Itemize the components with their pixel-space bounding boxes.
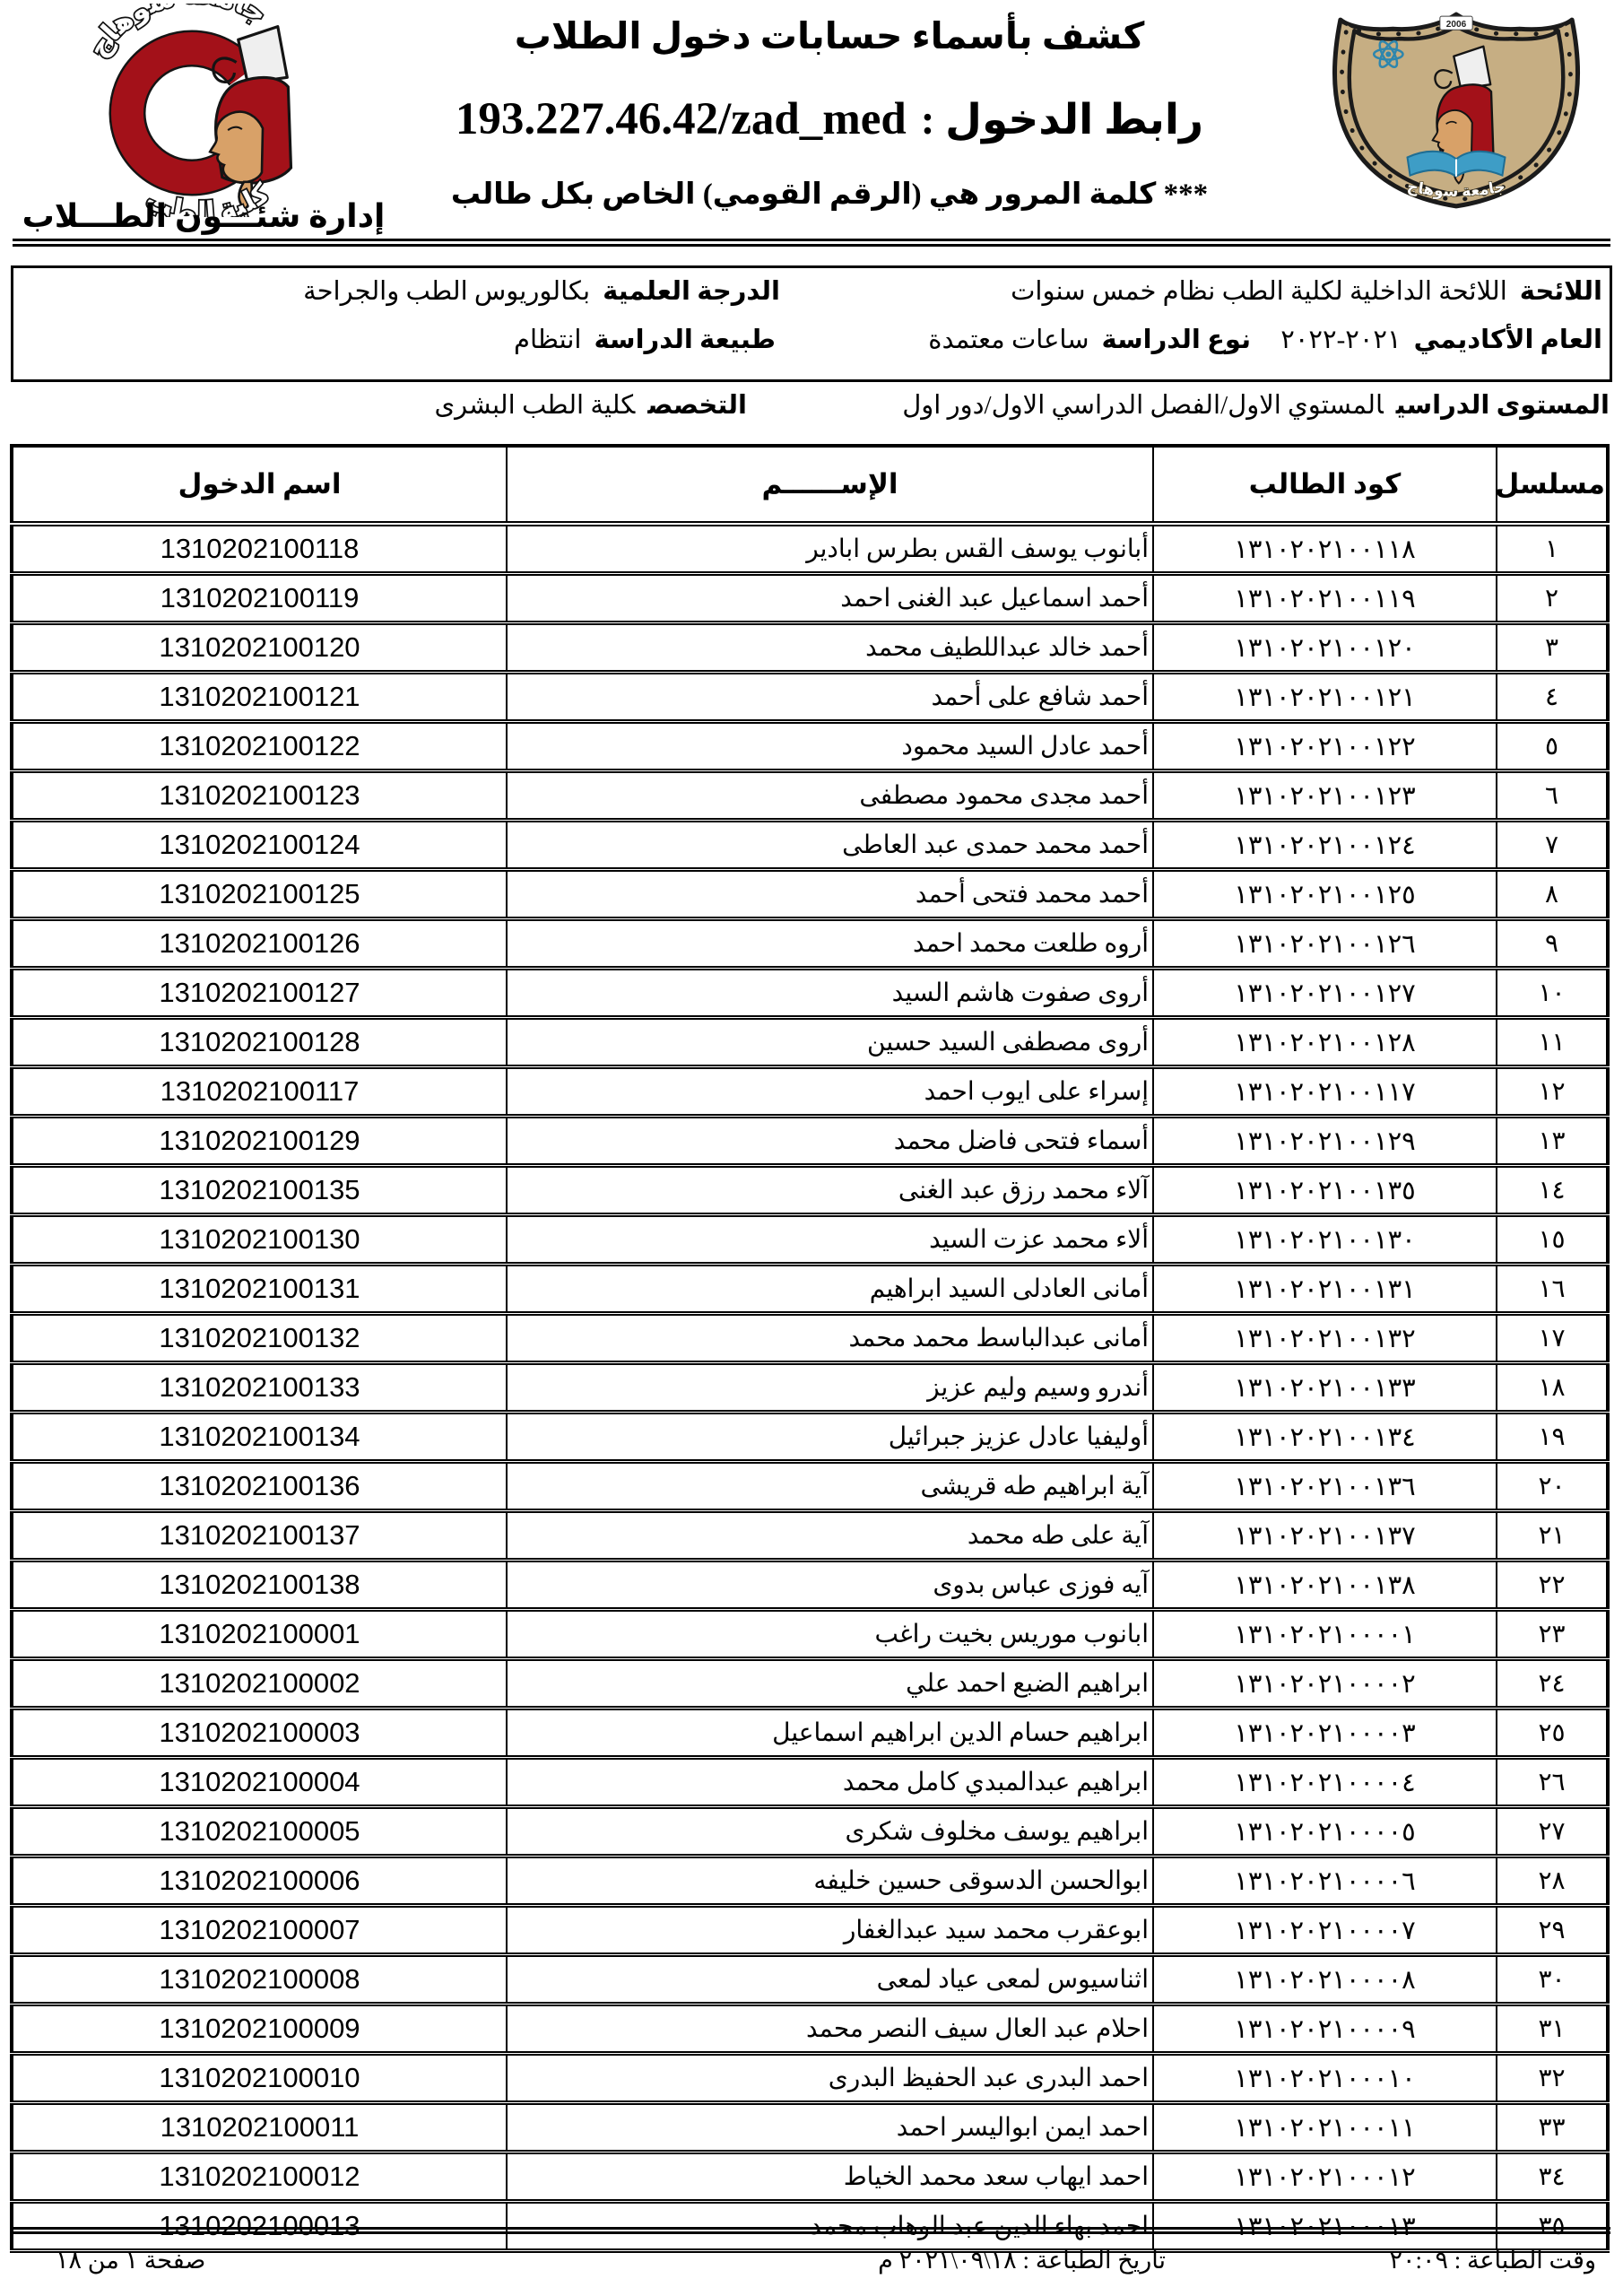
student-code-cell: ١٣١٠٢٠٢١٠٠٠٠٧ <box>1153 1906 1497 1955</box>
student-row: ١٦ ١٣١٠٢٠٢١٠٠١٣١ أمانى العادلى السيد ابر… <box>12 1265 1608 1314</box>
student-code-cell: ١٣١٠٢٠٢١٠٠٠٠٨ <box>1153 1955 1497 2005</box>
student-code-cell: ١٣١٠٢٠٢١٠٠١٣٧ <box>1153 1511 1497 1561</box>
student-code-cell: ١٣١٠٢٠٢١٠٠١٣٠ <box>1153 1215 1497 1265</box>
student-code-cell: ١٣١٠٢٠٢١٠٠١٢٤ <box>1153 821 1497 870</box>
student-code-cell: ١٣١٠٢٠٢١٠٠١٢٦ <box>1153 919 1497 969</box>
student-name-cell: احمد ايمن ابواليسر احمد <box>507 2103 1153 2152</box>
study-nature-value: انتظام <box>514 326 581 354</box>
student-row: ١٥ ١٣١٠٢٠٢١٠٠١٣٠ ألاء محمد عزت السيد 131… <box>12 1215 1608 1265</box>
col-header-serial: مسلسل <box>1497 446 1608 524</box>
student-name-cell: أحمد محمد فتحى أحمد <box>507 870 1153 919</box>
student-code-cell: ١٣١٠٢٠٢١٠٠١١٨ <box>1153 524 1497 574</box>
serial-cell: ١٤ <box>1497 1166 1608 1215</box>
svg-text:SOHAG: SOHAG <box>1298 7 1307 10</box>
serial-cell: ٢٤ <box>1497 1659 1608 1709</box>
student-code-cell: ١٣١٠٢٠٢١٠٠١٢٥ <box>1153 870 1497 919</box>
student-code-cell: ١٣١٠٢٠٢١٠٠١٣٦ <box>1153 1462 1497 1511</box>
student-name-cell: أبانوب يوسف القس بطرس ابادير <box>507 524 1153 574</box>
login-name-cell: 1310202100128 <box>12 1018 507 1067</box>
login-name-cell: 1310202100010 <box>12 2054 507 2103</box>
student-code-cell: ١٣١٠٢٠٢١٠٠١٢٠ <box>1153 623 1497 673</box>
student-row: ١٣ ١٣١٠٢٠٢١٠٠١٢٩ أسماء فتحى فاضل محمد 13… <box>12 1117 1608 1166</box>
major-field: التخصصكلية الطب البشرى <box>434 389 747 421</box>
study-level-value: المستوي الاول/الفصل الدراسي الاول/دور او… <box>902 391 1384 420</box>
student-name-cell: ألاء محمد عزت السيد <box>507 1215 1153 1265</box>
student-name-cell: أروى صفوت هاشم السيد <box>507 969 1153 1018</box>
student-row: ٣١ ١٣١٠٢٠٢١٠٠٠٠٩ احلام عبد العال سيف الن… <box>12 2005 1608 2054</box>
serial-cell: ١٦ <box>1497 1265 1608 1314</box>
student-name-cell: أمانى العادلى السيد ابراهيم <box>507 1265 1153 1314</box>
student-row: ٢٣ ١٣١٠٢٠٢١٠٠٠٠١ ابانوب موريس بخيت راغب … <box>12 1610 1608 1659</box>
major-value: كلية الطب البشرى <box>434 391 635 420</box>
student-code-cell: ١٣١٠٢٠٢١٠٠١٢٣ <box>1153 771 1497 821</box>
login-name-cell: 1310202100132 <box>12 1314 507 1363</box>
student-row: ٤ ١٣١٠٢٠٢١٠٠١٢١ أحمد شافع على أحمد 13102… <box>12 673 1608 722</box>
student-row: ٨ ١٣١٠٢٠٢١٠٠١٢٥ أحمد محمد فتحى أحمد 1310… <box>12 870 1608 919</box>
serial-cell: ٣٤ <box>1497 2152 1608 2202</box>
serial-cell: ٢٠ <box>1497 1462 1608 1511</box>
student-name-cell: أحمد خالد عبداللطيف محمد <box>507 623 1153 673</box>
student-code-cell: ١٣١٠٢٠٢١٠٠٠٠٤ <box>1153 1758 1497 1807</box>
major-label: التخصص <box>647 391 747 420</box>
regulation-field: اللائحةاللائحة الداخلية لكلية الطب نظام … <box>1011 275 1602 307</box>
sohag-university-logo: SOHAG UNIVERSITY 2006 جامعة سوهاج <box>1298 7 1614 215</box>
student-row: ٩ ١٣١٠٢٠٢١٠٠١٢٦ أروه طلعت محمد احمد 1310… <box>12 919 1608 969</box>
serial-cell: ٢٩ <box>1497 1906 1608 1955</box>
header-divider <box>13 239 1610 247</box>
degree-value: بكالوريوس الطب والجراحة <box>303 277 590 306</box>
student-name-cell: احلام عبد العال سيف النصر محمد <box>507 2005 1153 2054</box>
serial-cell: ١٩ <box>1497 1413 1608 1462</box>
student-code-cell: ١٣١٠٢٠٢١٠٠٠٠٦ <box>1153 1857 1497 1906</box>
student-code-cell: ١٣١٠٢٠٢١٠٠١٣١ <box>1153 1265 1497 1314</box>
student-row: ١٠ ١٣١٠٢٠٢١٠٠١٢٧ أروى صفوت هاشم السيد 13… <box>12 969 1608 1018</box>
student-code-cell: ١٣١٠٢٠٢١٠٠١٢١ <box>1153 673 1497 722</box>
serial-cell: ٢٥ <box>1497 1709 1608 1758</box>
student-code-cell: ١٣١٠٢٠٢١٠٠١١٩ <box>1153 574 1497 623</box>
col-header-student-code: كود الطالب <box>1153 446 1497 524</box>
login-name-cell: 1310202100134 <box>12 1413 507 1462</box>
study-level-label: المستوى الدراسي <box>1396 391 1610 420</box>
serial-cell: ١٠ <box>1497 969 1608 1018</box>
student-code-cell: ١٣١٠٢٠٢١٠٠١٣٣ <box>1153 1363 1497 1413</box>
student-row: ٧ ١٣١٠٢٠٢١٠٠١٢٤ أحمد محمد حمدى عبد العاط… <box>12 821 1608 870</box>
print-time: وقت الطباعة : ٢٠:٠٩ <box>1389 2247 1596 2274</box>
student-code-cell: ١٣١٠٢٠٢١٠٠١٢٢ <box>1153 722 1497 771</box>
serial-cell: ٢٣ <box>1497 1610 1608 1659</box>
serial-cell: ٣٥ <box>1497 2202 1608 2251</box>
student-row: ٢٦ ١٣١٠٢٠٢١٠٠٠٠٤ ابراهيم عبدالمبدي كامل … <box>12 1758 1608 1807</box>
login-link-line: رابط الدخول :193.227.46.42/zad_med <box>377 93 1282 145</box>
student-name-cell: آيه فوزى عباس بدوى <box>507 1561 1153 1610</box>
login-name-cell: 1310202100124 <box>12 821 507 870</box>
login-name-cell: 1310202100009 <box>12 2005 507 2054</box>
student-name-cell: ابراهيم عبدالمبدي كامل محمد <box>507 1758 1153 1807</box>
student-code-cell: ١٣١٠٢٠٢١٠٠١٢٨ <box>1153 1018 1497 1067</box>
login-name-cell: 1310202100135 <box>12 1166 507 1215</box>
login-name-cell: 1310202100006 <box>12 1857 507 1906</box>
serial-cell: ٢ <box>1497 574 1608 623</box>
student-name-cell: أحمد اسماعيل عبد الغنى احمد <box>507 574 1153 623</box>
login-name-cell: 1310202100003 <box>12 1709 507 1758</box>
student-accounts-sheet: SOHAG UNIVERSITY 2006 جامعة سوهاج جامعة … <box>0 0 1623 2296</box>
serial-cell: ١٧ <box>1497 1314 1608 1363</box>
regulation-value: اللائحة الداخلية لكلية الطب نظام خمس سنو… <box>1011 277 1507 306</box>
print-date: تاريخ الطباعة : ١٨\٠٩\٢٠٢١ م <box>878 2247 1166 2274</box>
login-name-cell: 1310202100138 <box>12 1561 507 1610</box>
student-name-cell: آلاء محمد رزق عبد الغنى <box>507 1166 1153 1215</box>
student-name-cell: ابراهيم حسام الدين ابراهيم اسماعيل <box>507 1709 1153 1758</box>
student-name-cell: أندرو وسيم وليم عزيز <box>507 1363 1153 1413</box>
student-row: ٣٢ ١٣١٠٢٠٢١٠٠٠١٠ احمد البدرى عبد الحفيظ … <box>12 2054 1608 2103</box>
student-row: ١٩ ١٣١٠٢٠٢١٠٠١٣٤ أوليفيا عادل عزيز جبرائ… <box>12 1413 1608 1462</box>
serial-cell: ٩ <box>1497 919 1608 969</box>
student-code-cell: ١٣١٠٢٠٢١٠٠٠١٠ <box>1153 2054 1497 2103</box>
login-link-label: رابط الدخول : <box>921 97 1203 143</box>
student-code-cell: ١٣١٠٢٠٢١٠٠١١٧ <box>1153 1067 1497 1117</box>
student-name-cell: احمد البدرى عبد الحفيظ البدرى <box>507 2054 1153 2103</box>
login-name-cell: 1310202100133 <box>12 1363 507 1413</box>
col-header-name: الإســــــم <box>507 446 1153 524</box>
student-name-cell: ابراهيم الضبع احمد علي <box>507 1659 1153 1709</box>
student-code-cell: ١٣١٠٢٠٢١٠٠٠١٢ <box>1153 2152 1497 2202</box>
university-name-left-text: SOHAG <box>1298 7 1307 10</box>
student-row: ١٢ ١٣١٠٢٠٢١٠٠١١٧ إسراء على ايوب احمد 131… <box>12 1067 1608 1117</box>
table-header-row: مسلسل كود الطالب الإســــــم اسم الدخول <box>12 446 1608 524</box>
login-name-cell: 1310202100129 <box>12 1117 507 1166</box>
student-name-cell: احمد بهاء الدين عبد الوهاب محمد <box>507 2202 1153 2251</box>
student-code-cell: ١٣١٠٢٠٢١٠٠١٣٨ <box>1153 1561 1497 1610</box>
student-row: ٢٥ ١٣١٠٢٠٢١٠٠٠٠٣ ابراهيم حسام الدين ابرا… <box>12 1709 1608 1758</box>
student-name-cell: أحمد عادل السيد محمود <box>507 722 1153 771</box>
serial-cell: ١١ <box>1497 1018 1608 1067</box>
student-name-cell: أروى مصطفى السيد حسين <box>507 1018 1153 1067</box>
login-name-cell: 1310202100001 <box>12 1610 507 1659</box>
login-name-cell: 1310202100125 <box>12 870 507 919</box>
student-row: ٢٧ ١٣١٠٢٠٢١٠٠٠٠٥ ابراهيم يوسف مخلوف شكرى… <box>12 1807 1608 1857</box>
student-code-cell: ١٣١٠٢٠٢١٠٠٠٠٣ <box>1153 1709 1497 1758</box>
login-name-cell: 1310202100011 <box>12 2103 507 2152</box>
student-name-cell: أحمد مجدى محمود مصطفى <box>507 771 1153 821</box>
study-nature-field: طبيعة الدراسةانتظام <box>514 324 776 355</box>
student-name-cell: أمانى عبدالباسط محمد محمد <box>507 1314 1153 1363</box>
page-number: صفحة ١ من ١٨ <box>56 2247 205 2274</box>
student-name-cell: ابانوب موريس بخيت راغب <box>507 1610 1153 1659</box>
student-code-cell: ١٣١٠٢٠٢١٠٠١٣٤ <box>1153 1413 1497 1462</box>
student-code-cell: ١٣١٠٢٠٢١٠٠١٢٩ <box>1153 1117 1497 1166</box>
serial-cell: ١٨ <box>1497 1363 1608 1413</box>
student-code-cell: ١٣١٠٢٠٢١٠٠١٣٢ <box>1153 1314 1497 1363</box>
study-nature-label: طبيعة الدراسة <box>594 326 776 354</box>
student-row: ٢٢ ١٣١٠٢٠٢١٠٠١٣٨ آيه فوزى عباس بدوى 1310… <box>12 1561 1608 1610</box>
serial-cell: ٨ <box>1497 870 1608 919</box>
serial-cell: ٤ <box>1497 673 1608 722</box>
password-note: *** كلمة المرور هي (الرقم القومي) الخاص … <box>377 176 1282 212</box>
student-code-cell: ١٣١٠٢٠٢١٠٠٠١٣ <box>1153 2202 1497 2251</box>
header: كشف بأسماء حسابات دخول الطلاب رابط الدخو… <box>377 0 1282 212</box>
student-name-cell: ابوعقرب محمد سيد عبدالغفار <box>507 1906 1153 1955</box>
student-name-cell: اثناسيوس لمعى عياد لمعى <box>507 1955 1153 2005</box>
student-row: ٣٠ ١٣١٠٢٠٢١٠٠٠٠٨ اثناسيوس لمعى عياد لمعى… <box>12 1955 1608 2005</box>
serial-cell: ١٣ <box>1497 1117 1608 1166</box>
login-name-cell: 1310202100007 <box>12 1906 507 1955</box>
student-row: ٢٩ ١٣١٠٢٠٢١٠٠٠٠٧ ابوعقرب محمد سيد عبدالغ… <box>12 1906 1608 1955</box>
login-name-cell: 1310202100004 <box>12 1758 507 1807</box>
login-name-cell: 1310202100130 <box>12 1215 507 1265</box>
serial-cell: ١٢ <box>1497 1067 1608 1117</box>
students-table: مسلسل كود الطالب الإســــــم اسم الدخول … <box>10 444 1610 2253</box>
student-name-cell: أروه طلعت محمد احمد <box>507 919 1153 969</box>
col-header-login-name: اسم الدخول <box>12 446 507 524</box>
student-name-cell: إسراء على ايوب احمد <box>507 1067 1153 1117</box>
login-name-cell: 1310202100119 <box>12 574 507 623</box>
student-name-cell: أحمد محمد حمدى عبد العاطى <box>507 821 1153 870</box>
regulation-label: اللائحة <box>1520 277 1602 306</box>
study-type-label: نوع الدراسة <box>1102 326 1251 354</box>
student-code-cell: ١٣١٠٢٠٢١٠٠٠١١ <box>1153 2103 1497 2152</box>
info-box: اللائحةاللائحة الداخلية لكلية الطب نظام … <box>11 265 1612 382</box>
student-row: ٢١ ١٣١٠٢٠٢١٠٠١٣٧ آية على طه محمد 1310202… <box>12 1511 1608 1561</box>
degree-label: الدرجة العلمية <box>603 277 780 306</box>
student-row: ٦ ١٣١٠٢٠٢١٠٠١٢٣ أحمد مجدى محمود مصطفى 13… <box>12 771 1608 821</box>
university-name-right-text: UNIVERSITY <box>1298 7 1306 10</box>
student-row: ١٧ ١٣١٠٢٠٢١٠٠١٣٢ أمانى عبدالباسط محمد مح… <box>12 1314 1608 1363</box>
student-code-cell: ١٣١٠٢٠٢١٠٠١٣٥ <box>1153 1166 1497 1215</box>
serial-cell: ٥ <box>1497 722 1608 771</box>
student-name-cell: أسماء فتحى فاضل محمد <box>507 1117 1153 1166</box>
student-affairs-caption: إدارة شئـــون الطـــلاب <box>11 197 396 235</box>
serial-cell: ٣٣ <box>1497 2103 1608 2152</box>
academic-year-field: العام الأكاديمي٢٠٢١-٢٠٢٢ <box>1280 324 1602 355</box>
student-name-cell: ابوالحسن الدسوقى حسين خليفه <box>507 1857 1153 1906</box>
login-name-cell: 1310202100013 <box>12 2202 507 2251</box>
login-name-cell: 1310202100012 <box>12 2152 507 2202</box>
student-row: ٣٤ ١٣١٠٢٠٢١٠٠٠١٢ احمد ايهاب سعد محمد الخ… <box>12 2152 1608 2202</box>
serial-cell: ٣ <box>1497 623 1608 673</box>
university-year-text: 2006 <box>1446 20 1467 30</box>
login-name-cell: 1310202100008 <box>12 1955 507 2005</box>
student-name-cell: آية على طه محمد <box>507 1511 1153 1561</box>
student-name-cell: أوليفيا عادل عزيز جبرائيل <box>507 1413 1153 1462</box>
student-code-cell: ١٣١٠٢٠٢١٠٠٠٠٥ <box>1153 1807 1497 1857</box>
serial-cell: ٢١ <box>1497 1511 1608 1561</box>
student-name-cell: احمد ايهاب سعد محمد الخياط <box>507 2152 1153 2202</box>
student-name-cell: ابراهيم يوسف مخلوف شكرى <box>507 1807 1153 1857</box>
study-type-field: نوع الدراسةساعات معتمدة <box>928 324 1251 355</box>
degree-field: الدرجة العلميةبكالوريوس الطب والجراحة <box>303 275 780 307</box>
student-code-cell: ١٣١٠٢٠٢١٠٠٠٠٢ <box>1153 1659 1497 1709</box>
student-row: ١ ١٣١٠٢٠٢١٠٠١١٨ أبانوب يوسف القس بطرس اب… <box>12 524 1608 574</box>
serial-cell: ٣١ <box>1497 2005 1608 2054</box>
login-name-cell: 1310202100118 <box>12 524 507 574</box>
login-link-url: 193.227.46.42/zad_med <box>456 94 907 144</box>
student-code-cell: ١٣١٠٢٠٢١٠٠١٢٧ <box>1153 969 1497 1018</box>
student-code-cell: ١٣١٠٢٠٢١٠٠٠٠١ <box>1153 1610 1497 1659</box>
student-name-cell: آية ابراهيم طه قريشى <box>507 1462 1153 1511</box>
serial-cell: ٣٢ <box>1497 2054 1608 2103</box>
serial-cell: ٢٦ <box>1497 1758 1608 1807</box>
login-name-cell: 1310202100121 <box>12 673 507 722</box>
study-level-field: المستوى الدراسيالمستوي الاول/الفصل الدرا… <box>902 389 1610 421</box>
serial-cell: ١٥ <box>1497 1215 1608 1265</box>
login-name-cell: 1310202100127 <box>12 969 507 1018</box>
serial-cell: ٦ <box>1497 771 1608 821</box>
faculty-of-medicine-logo: جامعة سوهاج كلية الطب <box>59 4 368 217</box>
student-row: ٢ ١٣١٠٢٠٢١٠٠١١٩ أحمد اسماعيل عبد الغنى ا… <box>12 574 1608 623</box>
academic-year-value: ٢٠٢١-٢٠٢٢ <box>1280 326 1401 354</box>
serial-cell: ٧ <box>1497 821 1608 870</box>
student-row: ٣٣ ١٣١٠٢٠٢١٠٠٠١١ احمد ايمن ابواليسر احمد… <box>12 2103 1608 2152</box>
svg-text:UNIVERSITY: UNIVERSITY <box>1298 7 1306 10</box>
academic-year-label: العام الأكاديمي <box>1414 326 1602 354</box>
login-name-cell: 1310202100137 <box>12 1511 507 1561</box>
student-row: ٢٤ ١٣١٠٢٠٢١٠٠٠٠٢ ابراهيم الضبع احمد علي … <box>12 1659 1608 1709</box>
student-row: ٣٥ ١٣١٠٢٠٢١٠٠٠١٣ احمد بهاء الدين عبد الو… <box>12 2202 1608 2251</box>
login-name-cell: 1310202100117 <box>12 1067 507 1117</box>
student-row: ١١ ١٣١٠٢٠٢١٠٠١٢٨ أروى مصطفى السيد حسين 1… <box>12 1018 1608 1067</box>
login-name-cell: 1310202100136 <box>12 1462 507 1511</box>
serial-cell: ٢٢ <box>1497 1561 1608 1610</box>
student-row: ١٤ ١٣١٠٢٠٢١٠٠١٣٥ آلاء محمد رزق عبد الغنى… <box>12 1166 1608 1215</box>
student-row: ١٨ ١٣١٠٢٠٢١٠٠١٣٣ أندرو وسيم وليم عزيز 13… <box>12 1363 1608 1413</box>
login-name-cell: 1310202100002 <box>12 1659 507 1709</box>
login-name-cell: 1310202100120 <box>12 623 507 673</box>
serial-cell: ٢٨ <box>1497 1857 1608 1906</box>
serial-cell: ١ <box>1497 524 1608 574</box>
student-name-cell: أحمد شافع على أحمد <box>507 673 1153 722</box>
page-title: كشف بأسماء حسابات دخول الطلاب <box>377 14 1282 57</box>
login-name-cell: 1310202100126 <box>12 919 507 969</box>
login-name-cell: 1310202100122 <box>12 722 507 771</box>
login-name-cell: 1310202100005 <box>12 1807 507 1857</box>
student-code-cell: ١٣١٠٢٠٢١٠٠٠٠٩ <box>1153 2005 1497 2054</box>
serial-cell: ٣٠ <box>1497 1955 1608 2005</box>
student-row: ٣ ١٣١٠٢٠٢١٠٠١٢٠ أحمد خالد عبداللطيف محمد… <box>12 623 1608 673</box>
student-row: ٢٠ ١٣١٠٢٠٢١٠٠١٣٦ آية ابراهيم طه قريشى 13… <box>12 1462 1608 1511</box>
serial-cell: ٢٧ <box>1497 1807 1608 1857</box>
study-type-value: ساعات معتمدة <box>928 326 1089 354</box>
footer-divider <box>13 2227 1610 2234</box>
student-row: ٢٨ ١٣١٠٢٠٢١٠٠٠٠٦ ابوالحسن الدسوقى حسين خ… <box>12 1857 1608 1906</box>
student-row: ٥ ١٣١٠٢٠٢١٠٠١٢٢ أحمد عادل السيد محمود 13… <box>12 722 1608 771</box>
login-name-cell: 1310202100123 <box>12 771 507 821</box>
login-name-cell: 1310202100131 <box>12 1265 507 1314</box>
